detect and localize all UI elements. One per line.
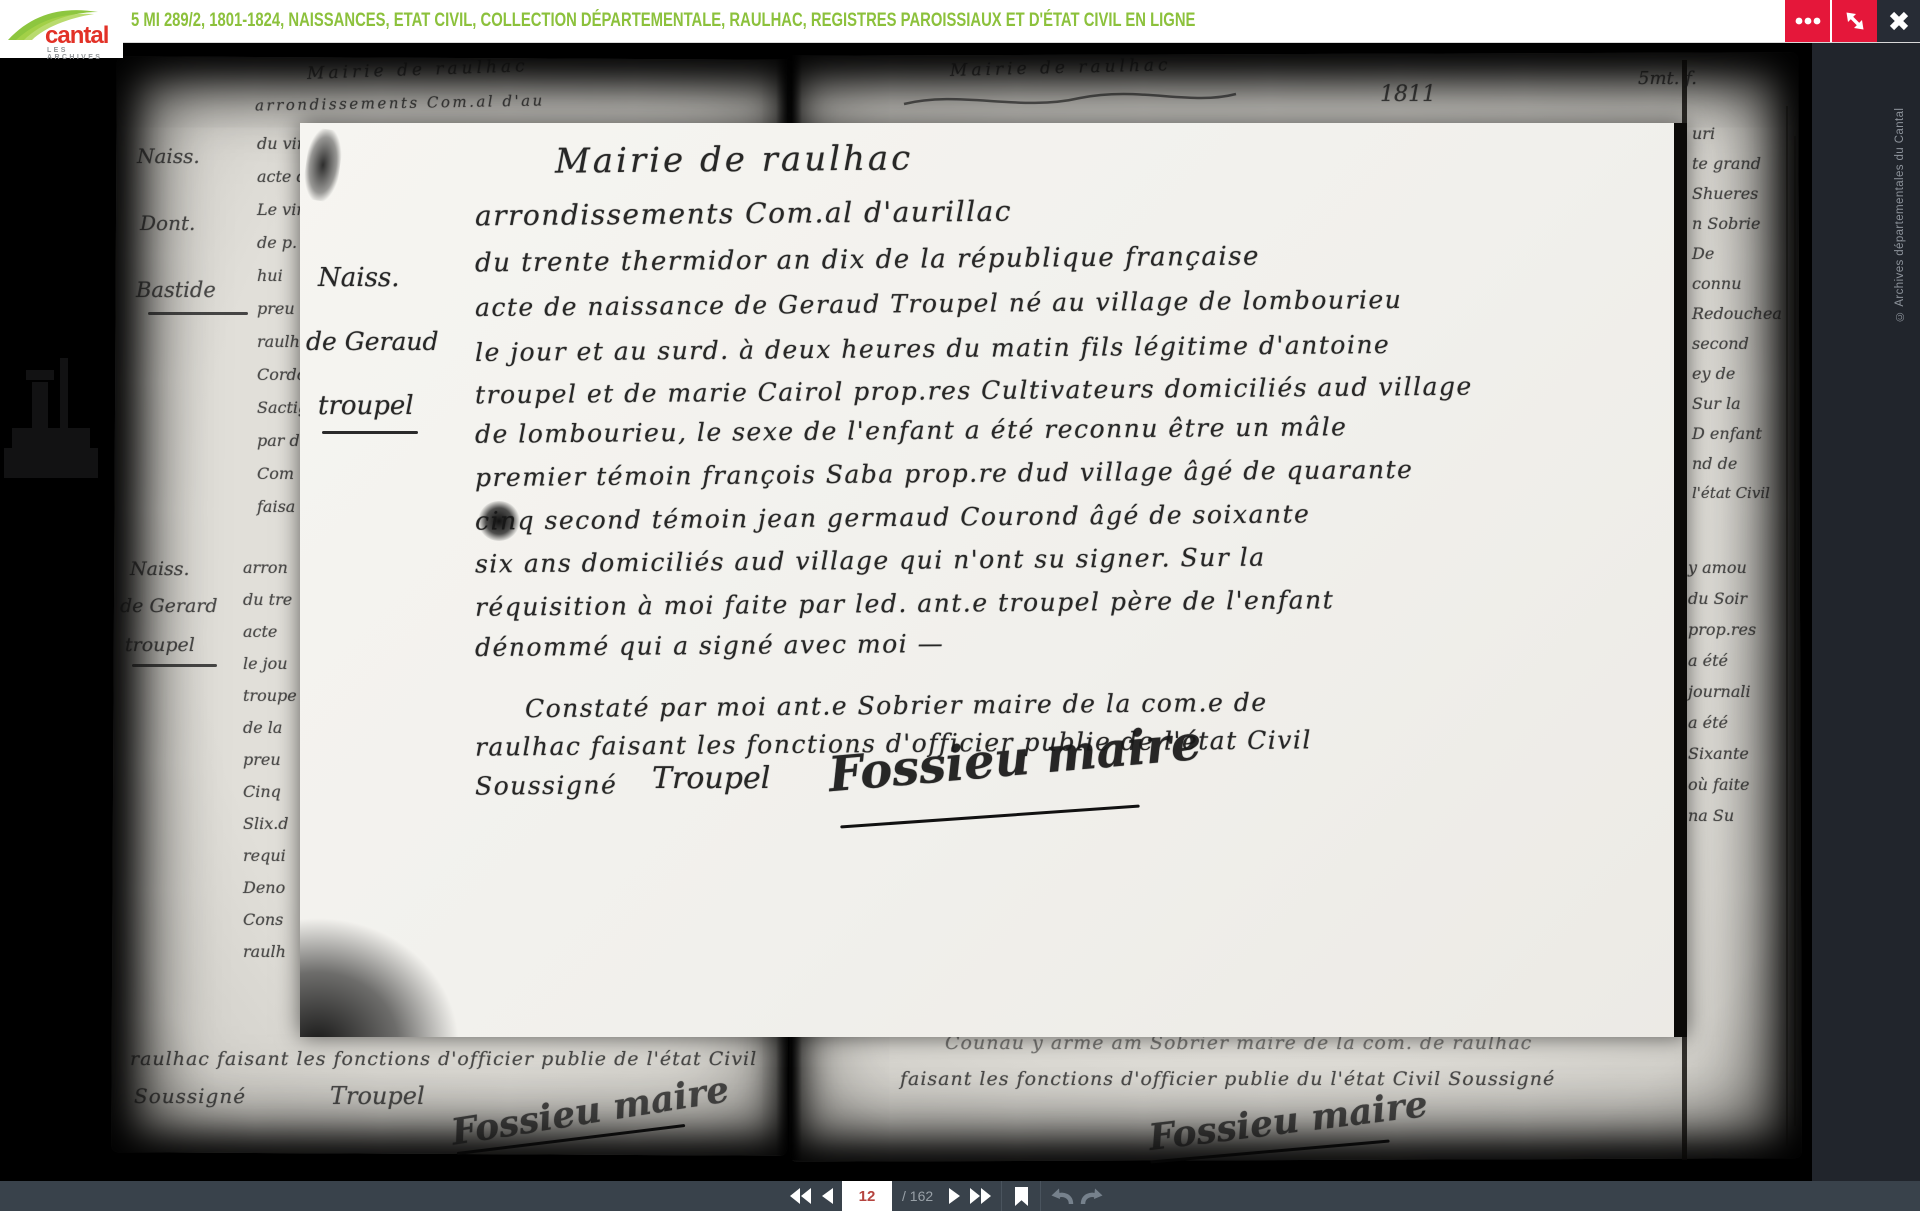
page-total-label: / 162: [902, 1188, 933, 1204]
inset-line: troupel et de marie Cairol prop.res Cult…: [475, 372, 1473, 410]
manuscript-soussigne-left: Soussigné: [134, 1084, 246, 1108]
last-page-button[interactable]: [965, 1181, 995, 1211]
redo-icon: [1080, 1187, 1104, 1205]
previous-page-button[interactable]: [816, 1181, 838, 1211]
underline: [322, 431, 418, 434]
first-page-button[interactable]: [786, 1181, 816, 1211]
corner-ink-smudge: [300, 917, 460, 1037]
ellipsis-icon: [1795, 17, 1821, 25]
inset-line: Mairie de raulhac: [555, 138, 914, 181]
pagination-toolbar: 12 / 162: [0, 1181, 1920, 1211]
underline: [132, 664, 217, 667]
undo-button[interactable]: [1047, 1181, 1077, 1211]
inset-witness-signature: Troupel: [652, 761, 770, 796]
pagination-controls: 12 / 162: [786, 1181, 1107, 1211]
next-page-button[interactable]: [943, 1181, 965, 1211]
logo-brand-text: cantal: [45, 22, 108, 50]
cantal-archives-logo[interactable]: cantal LES ARCHIVES: [0, 0, 123, 58]
inset-line: Soussigné: [475, 770, 618, 800]
text-fragment: troupe: [243, 686, 303, 705]
text-fragment: acte: [243, 622, 303, 641]
document-title: 5 MI 289/2, 1801-1824, NAISSANCES, ETAT …: [131, 0, 1195, 42]
inset-line: du trente thermidor an dix de la républi…: [475, 242, 1260, 279]
text-fragment: a été: [1688, 651, 1788, 670]
text-fragment: uri: [1692, 124, 1787, 143]
text-fragment: où faite: [1688, 775, 1788, 794]
page-number-input[interactable]: 12: [842, 1181, 892, 1211]
text-fragment: te grand: [1692, 154, 1787, 173]
text-fragment: journali: [1688, 682, 1788, 701]
page-stack-line: [1794, 136, 1796, 1126]
text-fragment: prop.res: [1688, 620, 1788, 639]
inset-line: de lombourieu, le sexe de l'enfant a été…: [475, 412, 1348, 449]
manuscript-year: 1811: [1380, 82, 1436, 107]
inset-line: arrondissements Com.al d'aurillac: [475, 195, 1012, 233]
manuscript-witness-left: Troupel: [330, 1082, 425, 1110]
text-fragment: second: [1692, 334, 1787, 353]
inset-line: dénommé qui a signé avec moi —: [475, 629, 944, 662]
inset-line: cinq second témoin jean germaud Courond …: [475, 499, 1311, 535]
manuscript-bottom-line2-right: faisant les fonctions d'officier publie …: [900, 1068, 1555, 1090]
toolbar-divider: [1040, 1181, 1041, 1211]
last-page-icon: [969, 1188, 991, 1204]
margin-note: Bastide: [136, 278, 216, 302]
logo-tagline: LES ARCHIVES: [47, 47, 123, 61]
ink-smudge: [301, 127, 345, 203]
text-fragment: arron: [243, 558, 303, 577]
close-viewer-button[interactable]: [1877, 0, 1920, 42]
text-fragment: D enfant: [1692, 424, 1787, 443]
text-fragment: ey de: [1692, 364, 1787, 383]
next-page-icon: [949, 1188, 960, 1204]
text-fragment: nd de: [1692, 454, 1787, 473]
margin-note: Dont.: [140, 211, 195, 235]
inset-line: le jour et au surd. à deux heures du mat…: [475, 330, 1391, 367]
text-fragment: Cinq: [243, 782, 303, 801]
text-fragment: Slix.d: [243, 814, 303, 833]
resize-arrow-icon: [1843, 9, 1867, 33]
inset-line: acte de naissance de Geraud Troupel né a…: [475, 285, 1403, 322]
archives-watermark: [4, 330, 98, 490]
text-fragment: De: [1692, 244, 1787, 263]
cutoff-text-column: y amou du Soir prop.res a été journali a…: [1688, 558, 1788, 825]
text-fragment: le jou: [243, 654, 303, 673]
text-fragment: Sixante: [1688, 744, 1788, 763]
text-fragment: de la: [243, 718, 303, 737]
first-page-icon: [790, 1188, 812, 1204]
cutoff-text-column: arron du tre acte le jou troupe de la pr…: [243, 558, 303, 961]
text-fragment: du tre: [243, 590, 303, 609]
text-fragment: n Sobrie: [1692, 214, 1787, 233]
bookmark-icon: [1014, 1187, 1029, 1206]
bookmark-button[interactable]: [1008, 1181, 1034, 1211]
text-fragment: requi: [243, 846, 303, 865]
inset-margin-note: troupel: [318, 391, 414, 421]
text-fragment: na Su: [1688, 806, 1788, 825]
manuscript-bottom-line-left: raulhac faisant les fonctions d'officier…: [130, 1048, 757, 1070]
inset-line: réquisition à moi faite par led. ant.e t…: [475, 585, 1334, 621]
inset-line: six ans domiciliés aud village qui n'ont…: [475, 543, 1266, 579]
text-fragment: Deno: [243, 878, 303, 897]
magnified-page-edge: [1674, 123, 1687, 1037]
inset-line: premier témoin françois Saba prop.re dud…: [475, 455, 1414, 492]
cutoff-text-column: uri te grand Shueres n Sobrie De connu R…: [1692, 124, 1787, 502]
more-options-button[interactable]: [1785, 0, 1830, 42]
margin-note: Naiss.: [130, 558, 190, 580]
previous-page-icon: [822, 1188, 833, 1204]
margin-note: Naiss.: [137, 144, 200, 168]
margin-note: troupel: [125, 634, 195, 656]
text-fragment: preu: [243, 750, 303, 769]
text-fragment: y amou: [1688, 558, 1788, 577]
inset-margin-note: de Geraud: [306, 327, 438, 356]
text-fragment: raulh: [243, 942, 303, 961]
inset-margin-note: Naiss.: [318, 263, 400, 293]
magnifier-inset-overlay[interactable]: Mairie de raulhac arrondissements Com.al…: [300, 123, 1687, 1037]
text-fragment: connu: [1692, 274, 1787, 293]
flourish: [900, 86, 1240, 114]
text-fragment: Redouchea: [1692, 304, 1787, 323]
redo-button[interactable]: [1077, 1181, 1107, 1211]
text-fragment: Shueres: [1692, 184, 1787, 203]
fullscreen-button[interactable]: [1832, 0, 1877, 42]
undo-icon: [1050, 1187, 1074, 1205]
copyright-notice: © Archives départementales du Cantal: [1894, 52, 1906, 322]
text-fragment: Sur la: [1692, 394, 1787, 413]
close-icon: [1888, 10, 1910, 32]
text-fragment: a été: [1688, 713, 1788, 732]
underline: [148, 312, 248, 315]
text-fragment: Cons: [243, 910, 303, 929]
text-fragment: du Soir: [1688, 589, 1788, 608]
toolbar-divider: [1001, 1181, 1002, 1211]
manuscript-corner-note: 5mt. f.: [1638, 68, 1697, 89]
margin-note: de Gerard: [120, 595, 218, 617]
text-fragment: l'état Civil: [1692, 484, 1787, 502]
signature-flourish: [840, 805, 1139, 829]
